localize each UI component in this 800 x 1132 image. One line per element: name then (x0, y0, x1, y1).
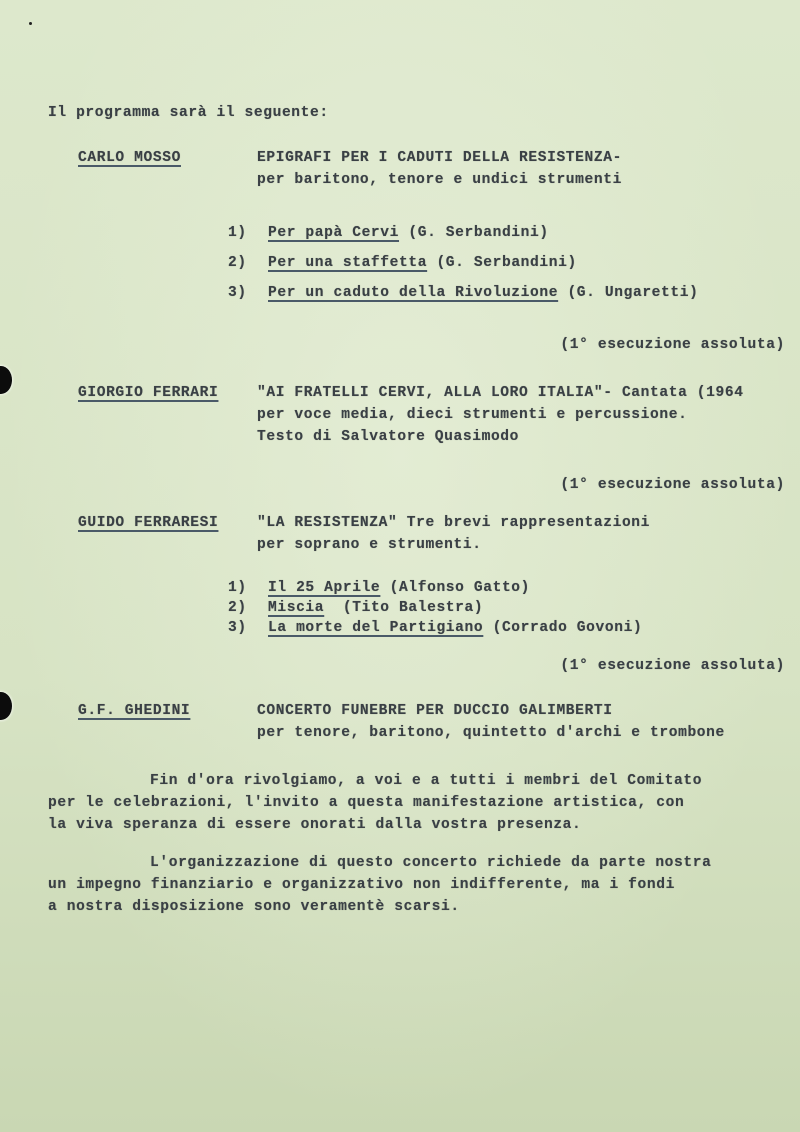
item-number: 1) (228, 580, 247, 596)
poem-title: Il 25 Aprile (268, 580, 380, 596)
poem-author: (G. Serbandini) (399, 225, 549, 241)
composer-name: G.F. GHEDINI (78, 703, 190, 719)
work-title: "LA RESISTENZA" Tre brevi rappresentazio… (257, 515, 650, 531)
poem-author: (G. Ungaretti) (558, 285, 698, 301)
poem-author: (Alfonso Gatto) (380, 580, 530, 596)
premiere-note: (1° esecuzione assoluta) (0, 477, 785, 493)
poem-item: Per papà Cervi (G. Serbandini) (268, 225, 549, 241)
work-text-credit: Testo di Salvatore Quasimodo (257, 429, 519, 445)
paragraph-line: per le celebrazioni, l'invito a questa m… (48, 795, 684, 811)
program-intro: Il programma sarà il seguente: (48, 105, 329, 121)
item-number: 3) (228, 285, 247, 301)
work-scoring: per voce media, dieci strumenti e percus… (257, 407, 687, 423)
work-scoring: per soprano e strumenti. (257, 537, 482, 553)
work-title: EPIGRAFI PER I CADUTI DELLA RESISTENZA- (257, 150, 622, 166)
work-scoring: per baritono, tenore e undici strumenti (257, 172, 622, 188)
poem-item: La morte del Partigiano (Corrado Govoni) (268, 620, 642, 636)
work-title: "AI FRATELLI CERVI, ALLA LORO ITALIA"- C… (257, 385, 744, 401)
poem-title: Per una staffetta (268, 255, 427, 271)
work-title: CONCERTO FUNEBRE PER DUCCIO GALIMBERTI (257, 703, 613, 719)
item-number: 1) (228, 225, 247, 241)
paragraph-line: un impegno finanziario e organizzativo n… (48, 877, 675, 893)
poem-author: (Tito Balestra) (324, 600, 483, 616)
paragraph-line: a nostra disposizione sono veramentè sca… (48, 899, 460, 915)
poem-item: Per una staffetta (G. Serbandini) (268, 255, 577, 271)
premiere-note: (1° esecuzione assoluta) (0, 337, 785, 353)
ink-speck (29, 22, 32, 25)
poem-title: Per papà Cervi (268, 225, 399, 241)
paper-background (0, 0, 800, 1132)
poem-author: (Corrado Govoni) (483, 620, 642, 636)
item-number: 2) (228, 600, 247, 616)
paragraph-line: Fin d'ora rivolgiamo, a voi e a tutti i … (150, 773, 702, 789)
poem-author: (G. Serbandini) (427, 255, 577, 271)
premiere-note: (1° esecuzione assoluta) (0, 658, 785, 674)
poem-item: Per un caduto della Rivoluzione (G. Unga… (268, 285, 698, 301)
composer-name: GUIDO FERRARESI (78, 515, 218, 531)
poem-title: La morte del Partigiano (268, 620, 483, 636)
poem-title: Per un caduto della Rivoluzione (268, 285, 558, 301)
paragraph-line: L'organizzazione di questo concerto rich… (150, 855, 711, 871)
composer-name: GIORGIO FERRARI (78, 385, 218, 401)
paragraph-line: la viva speranza di essere onorati dalla… (48, 817, 581, 833)
item-number: 2) (228, 255, 247, 271)
poem-item: Il 25 Aprile (Alfonso Gatto) (268, 580, 530, 596)
poem-item: Miscia (Tito Balestra) (268, 600, 483, 616)
poem-title: Miscia (268, 600, 324, 616)
work-scoring: per tenore, baritono, quintetto d'archi … (257, 725, 725, 741)
composer-name: CARLO MOSSO (78, 150, 181, 166)
item-number: 3) (228, 620, 247, 636)
